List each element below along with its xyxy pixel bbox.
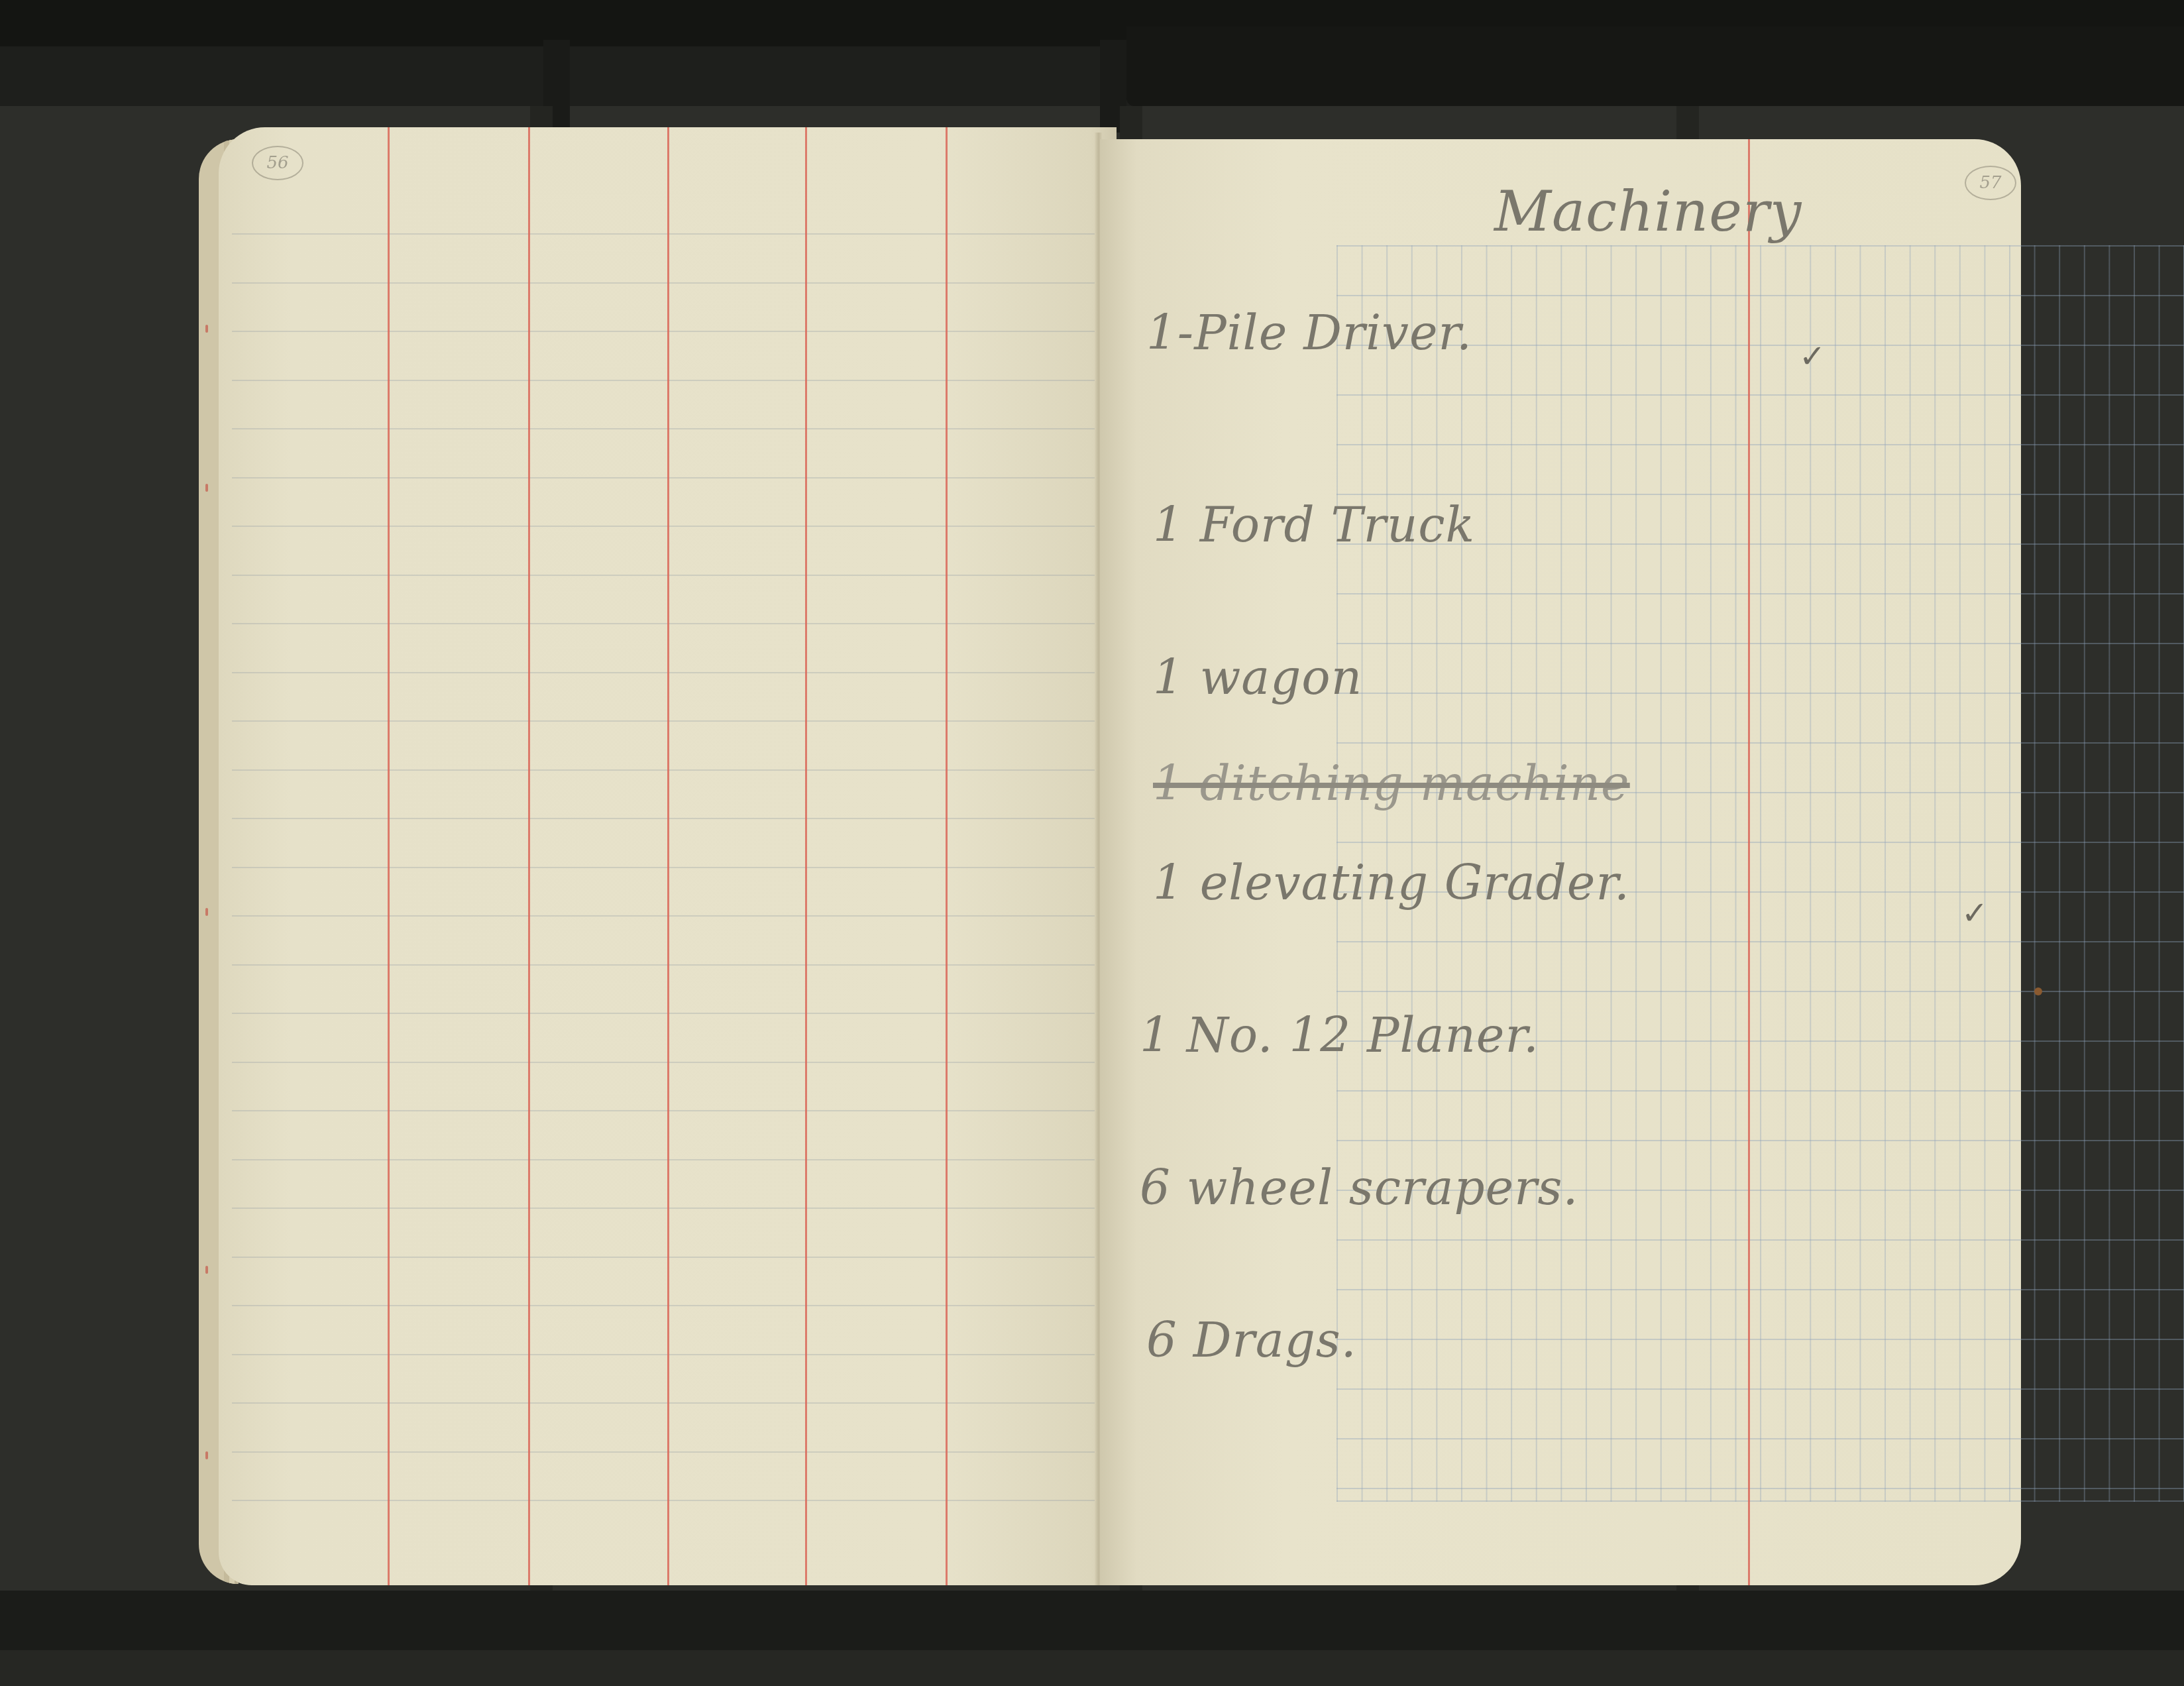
red-column-rule [388, 127, 390, 1585]
horizontal-rule [232, 1305, 1107, 1306]
ink-spot [2034, 987, 2042, 995]
horizontal-rule [232, 233, 1107, 235]
red-column-rule [667, 127, 669, 1585]
notebook-spread: 56 57 Machinery 1-Pile Driver. ✓ 1 Ford … [199, 127, 2021, 1589]
horizontal-rule [232, 964, 1107, 966]
right-page: 57 Machinery 1-Pile Driver. ✓ 1 Ford Tru… [1100, 139, 2021, 1585]
horizontal-rule [232, 769, 1107, 771]
red-margin-rule [1748, 139, 1750, 1585]
horizontal-rule [232, 1451, 1107, 1453]
horizontal-rule [232, 720, 1107, 722]
horizontal-rule [232, 575, 1107, 576]
horizontal-rule [232, 818, 1107, 819]
background-ledge-right [1126, 27, 2184, 106]
horizontal-rule [232, 477, 1107, 478]
page-number-left: 56 [252, 146, 303, 180]
edge-stain [205, 1451, 208, 1459]
horizontal-rule [232, 672, 1107, 673]
horizontal-rule [232, 1257, 1107, 1258]
list-item: 1-Pile Driver. [1146, 305, 1472, 361]
page-number-right: 57 [1965, 166, 2016, 200]
red-column-rule [805, 127, 807, 1585]
horizontal-rule [232, 1500, 1107, 1501]
horizontal-rule [232, 1402, 1107, 1404]
edge-stain [205, 908, 208, 916]
page-title: Machinery [1494, 179, 1802, 244]
horizontal-rule [232, 915, 1107, 917]
horizontal-rule [232, 331, 1107, 332]
horizontal-rule [232, 1208, 1107, 1209]
horizontal-rule [232, 526, 1107, 527]
horizontal-rule [232, 1110, 1107, 1111]
horizontal-rule [232, 1013, 1107, 1014]
edge-stain [205, 1266, 208, 1274]
list-item: 1 Ford Truck [1153, 497, 1475, 553]
list-item: 1 elevating Grader. [1153, 855, 1630, 911]
horizontal-rule [232, 1159, 1107, 1160]
horizontal-rule [232, 282, 1107, 284]
horizontal-rule [232, 867, 1107, 868]
red-column-rule [946, 127, 948, 1585]
edge-stain [205, 325, 208, 333]
red-column-rule [528, 127, 530, 1585]
list-item: 6 wheel scrapers. [1140, 1160, 1578, 1215]
edge-stain [205, 484, 208, 492]
horizontal-rule [232, 380, 1107, 381]
list-item-struck: 1 ditching machine [1153, 756, 1630, 811]
check-mark-icon: ✓ [1799, 338, 1826, 375]
list-item: 1 wagon [1153, 649, 1362, 705]
horizontal-rule [232, 1062, 1107, 1063]
list-item: 6 Drags. [1146, 1312, 1357, 1368]
horizontal-rule [232, 1354, 1107, 1355]
check-mark-icon: ✓ [1961, 895, 1988, 932]
list-item: 1 No. 12 Planer. [1140, 1007, 1539, 1063]
horizontal-rule [232, 428, 1107, 429]
background-bottom-strip [0, 1650, 2184, 1686]
horizontal-rule [232, 623, 1107, 624]
left-page: 56 [219, 127, 1117, 1585]
